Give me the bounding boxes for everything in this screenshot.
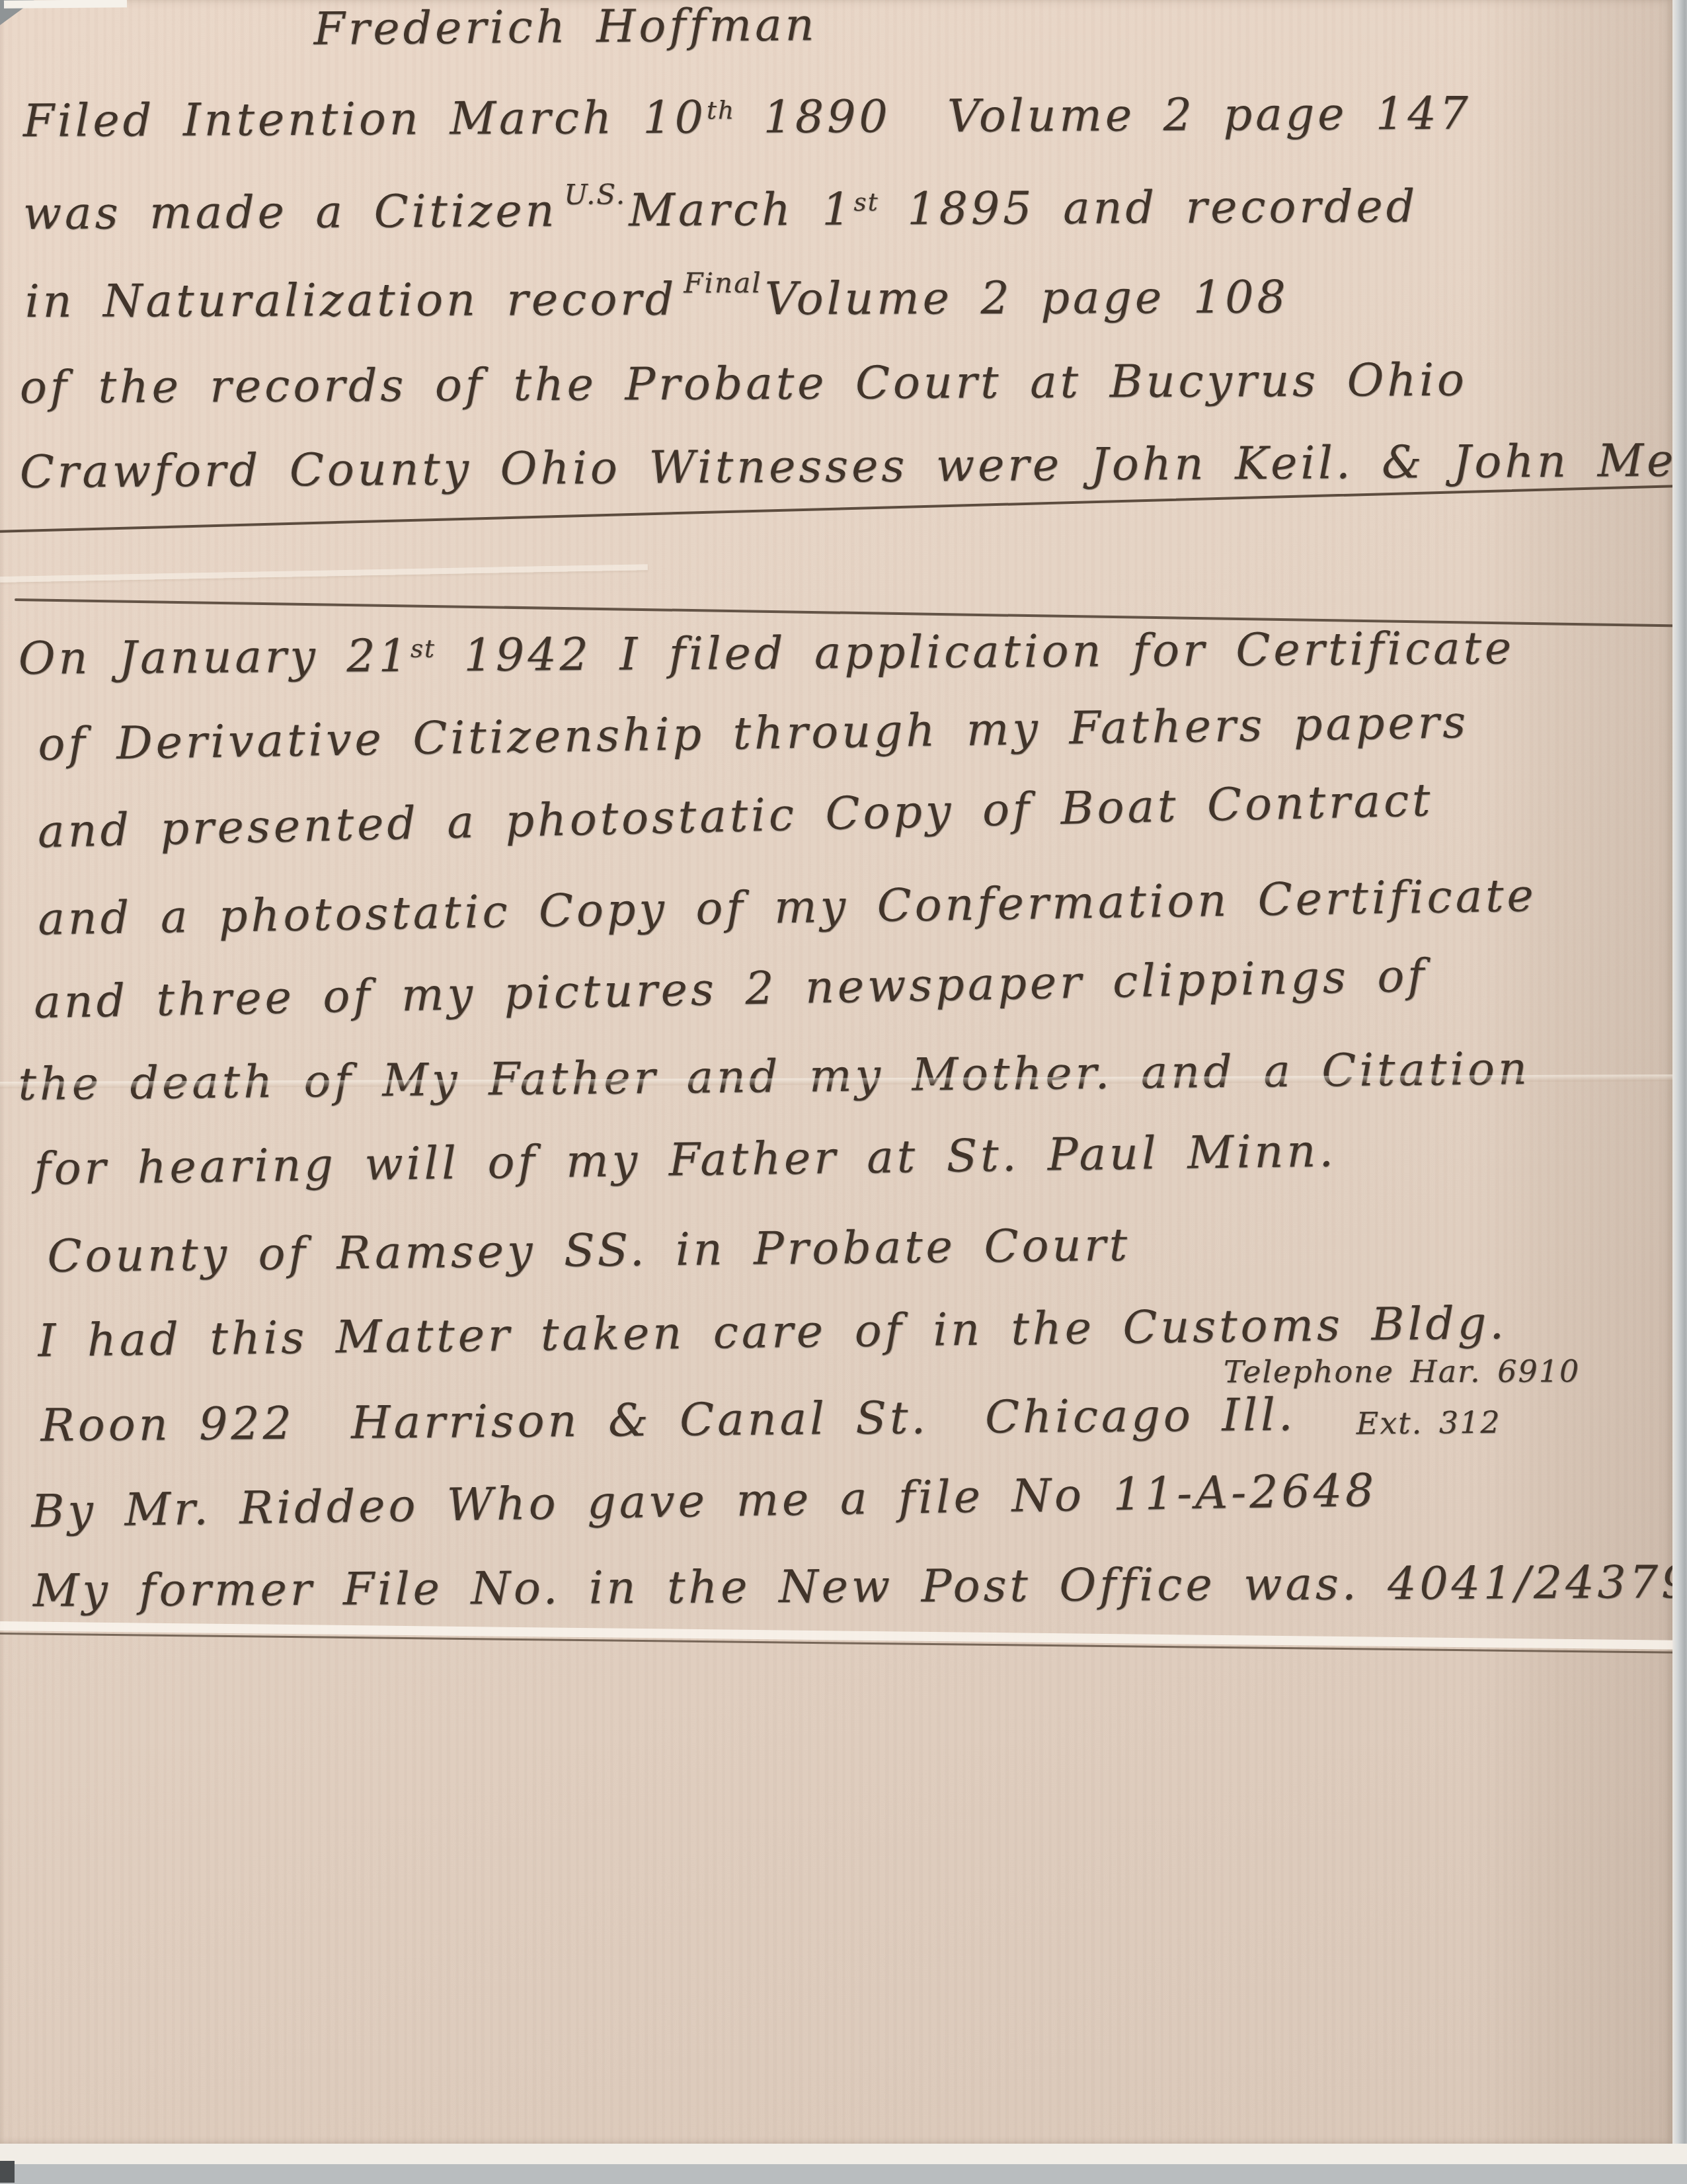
line-death-citation: the death of My Father and my Mother. an…	[18, 1043, 1530, 1111]
line-on-january-1942: On January 21st 1942 I filed application…	[18, 623, 1514, 685]
text-segment: Roon 922 Harrison & Canal St. Chicago Il…	[40, 1389, 1296, 1452]
text-segment: Filed Intention March 10	[23, 92, 707, 147]
text-segment: 1942 I filed application for Certificate	[436, 622, 1515, 682]
scanner-notch-bottom-left	[0, 2161, 15, 2183]
scanner-edge-right	[1672, 0, 1687, 2184]
scanner-band-bottom-gray	[0, 2164, 1687, 2184]
superscript: st	[853, 188, 879, 217]
superscript: th	[707, 96, 735, 125]
scanner-sliver-top	[4, 0, 127, 9]
line-former-file-number: My former File No. in the New Post Offic…	[33, 1557, 1687, 1617]
paper: Frederich Hoffman Filed Intention March …	[0, 0, 1674, 2147]
text-segment: 1890 Volume 2 page 147	[735, 88, 1471, 144]
line-boat-contract: and presented a photostatic Copy of Boat…	[37, 775, 1434, 858]
scanner-band-bottom-white	[0, 2144, 1687, 2164]
fold-crease-bottom	[0, 1621, 1687, 1650]
text-segment: On January 21	[18, 630, 411, 685]
text-segment: 1895 and recorded	[879, 181, 1419, 235]
superscript: st	[411, 634, 436, 663]
scan-background: Frederich Hoffman Filed Intention March …	[0, 0, 1687, 2184]
line-address-chicago: Roon 922 Harrison & Canal St. Chicago Il…	[40, 1389, 1296, 1452]
line-probate-court: of the records of the Probate Court at B…	[20, 355, 1468, 415]
text-segment: Volume 2 page 108	[765, 271, 1289, 325]
line-filed-intention: Filed Intention March 10th 1890 Volume 2…	[23, 89, 1471, 148]
text-segment: was made a Citizen	[23, 185, 558, 240]
line-naturalization-record: in Naturalization recordFinalVolume 2 pa…	[25, 272, 1289, 328]
line-crawford-county: Crawford County Ohio Witnesses were John…	[19, 435, 1687, 499]
line-confirmation-certificate: and a photostatic Copy of my Confermatio…	[38, 870, 1538, 946]
text-segment: Crawford County Ohio	[19, 442, 648, 499]
interline-insert-final: Final	[684, 267, 762, 300]
text-segment: March 1	[629, 183, 854, 237]
page-title: Frederich Hoffman	[313, 0, 817, 56]
line-hearing-will: for hearing will of my Father at St. Pau…	[34, 1125, 1337, 1195]
line-derivative-citizenship: of Derivative Citizenship through my Fat…	[38, 697, 1470, 771]
fold-crease-upper	[0, 564, 648, 583]
fold-crease-bottom-shadow	[0, 1633, 1687, 1654]
text-segment: in Naturalization record	[25, 274, 678, 328]
annotation-extension: Ext. 312	[1356, 1405, 1501, 1441]
struck-text-witnesses: Witnesses were John Keil. & John Meyer	[648, 434, 1687, 495]
interline-insert-us: U.S.	[564, 179, 626, 211]
line-made-citizen: was made a CitizenU.S.March 1st 1895 and…	[23, 181, 1419, 240]
line-county-ramsey: County of Ramsey SS. in Probate Court	[47, 1220, 1130, 1283]
line-riddeo-file-number: By Mr. Riddeo Who gave me a file No 11-A…	[31, 1465, 1378, 1538]
line-pictures-clippings: and three of my pictures 2 newspaper cli…	[33, 951, 1428, 1030]
annotation-telephone: Telephone Har. 6910	[1224, 1354, 1580, 1390]
